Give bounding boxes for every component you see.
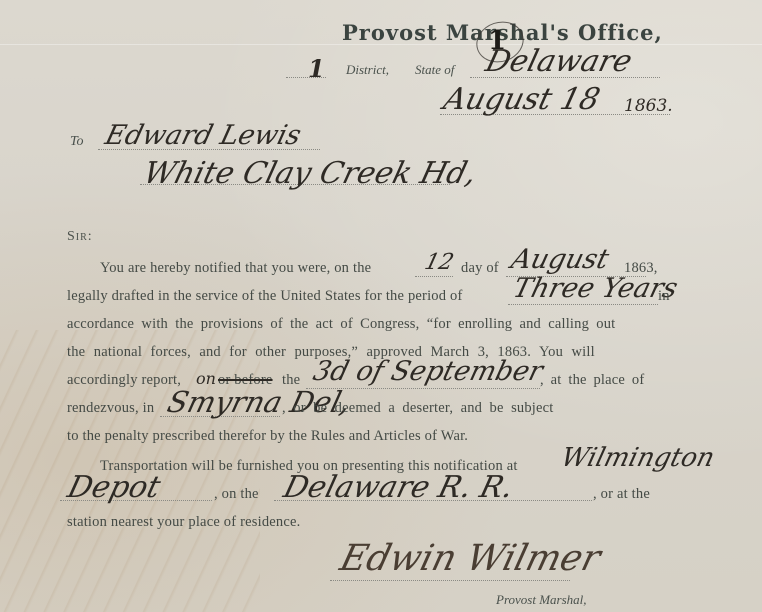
p2-on-the: , on the [214,486,259,503]
state-label: State of [415,62,454,78]
p1-day-of-text: day of [461,260,499,277]
draft-month: August [508,244,612,275]
signature: Edwin Wilmer [336,538,605,579]
addressee-name: Edward Lewis [102,120,304,151]
service-period-line [508,304,658,305]
district-number: 1 [308,54,325,83]
salutation: Sir: [67,229,93,245]
p1-line2-in: in [658,288,670,305]
service-period: Three Years [510,273,681,304]
signature-title: Provost Marshal, [496,592,587,608]
p1-line5-end: , at the place of [540,372,644,389]
p1-line6-end: , or be deemed a deserter, and be subjec… [282,400,554,417]
date-year: 1863. [624,96,673,116]
p1-line7-text: to the penalty prescribed therefor by th… [67,428,468,445]
report-date: 3d of September [310,356,546,387]
to-label: To [70,134,84,150]
p1-line2-text: legally drafted in the service of the Un… [67,288,463,305]
p1-line1-text: You are hereby notified that you were, o… [100,260,371,277]
district-label: District, [346,62,389,78]
p1-line5-text: accordingly report, [67,372,181,389]
transport-station-line2: Depot [64,470,164,505]
p1-line3-text: accordance with the provisions of the ac… [67,316,615,333]
state-name: Delaware [482,44,636,79]
p2-or-at-the: , or at the [593,486,650,503]
date-month-day: August 18 [440,82,603,117]
addressee-location: White Clay Creek Hd, [140,156,480,191]
draft-day-line [415,276,453,277]
p2-line3-text: station nearest your place of residence. [67,514,300,531]
signature-line [330,580,570,581]
p1-line6-text: rendezvous, in [67,400,154,417]
transport-station: Wilmington [558,443,718,473]
railroad-name: Delaware R. R. [280,470,517,505]
